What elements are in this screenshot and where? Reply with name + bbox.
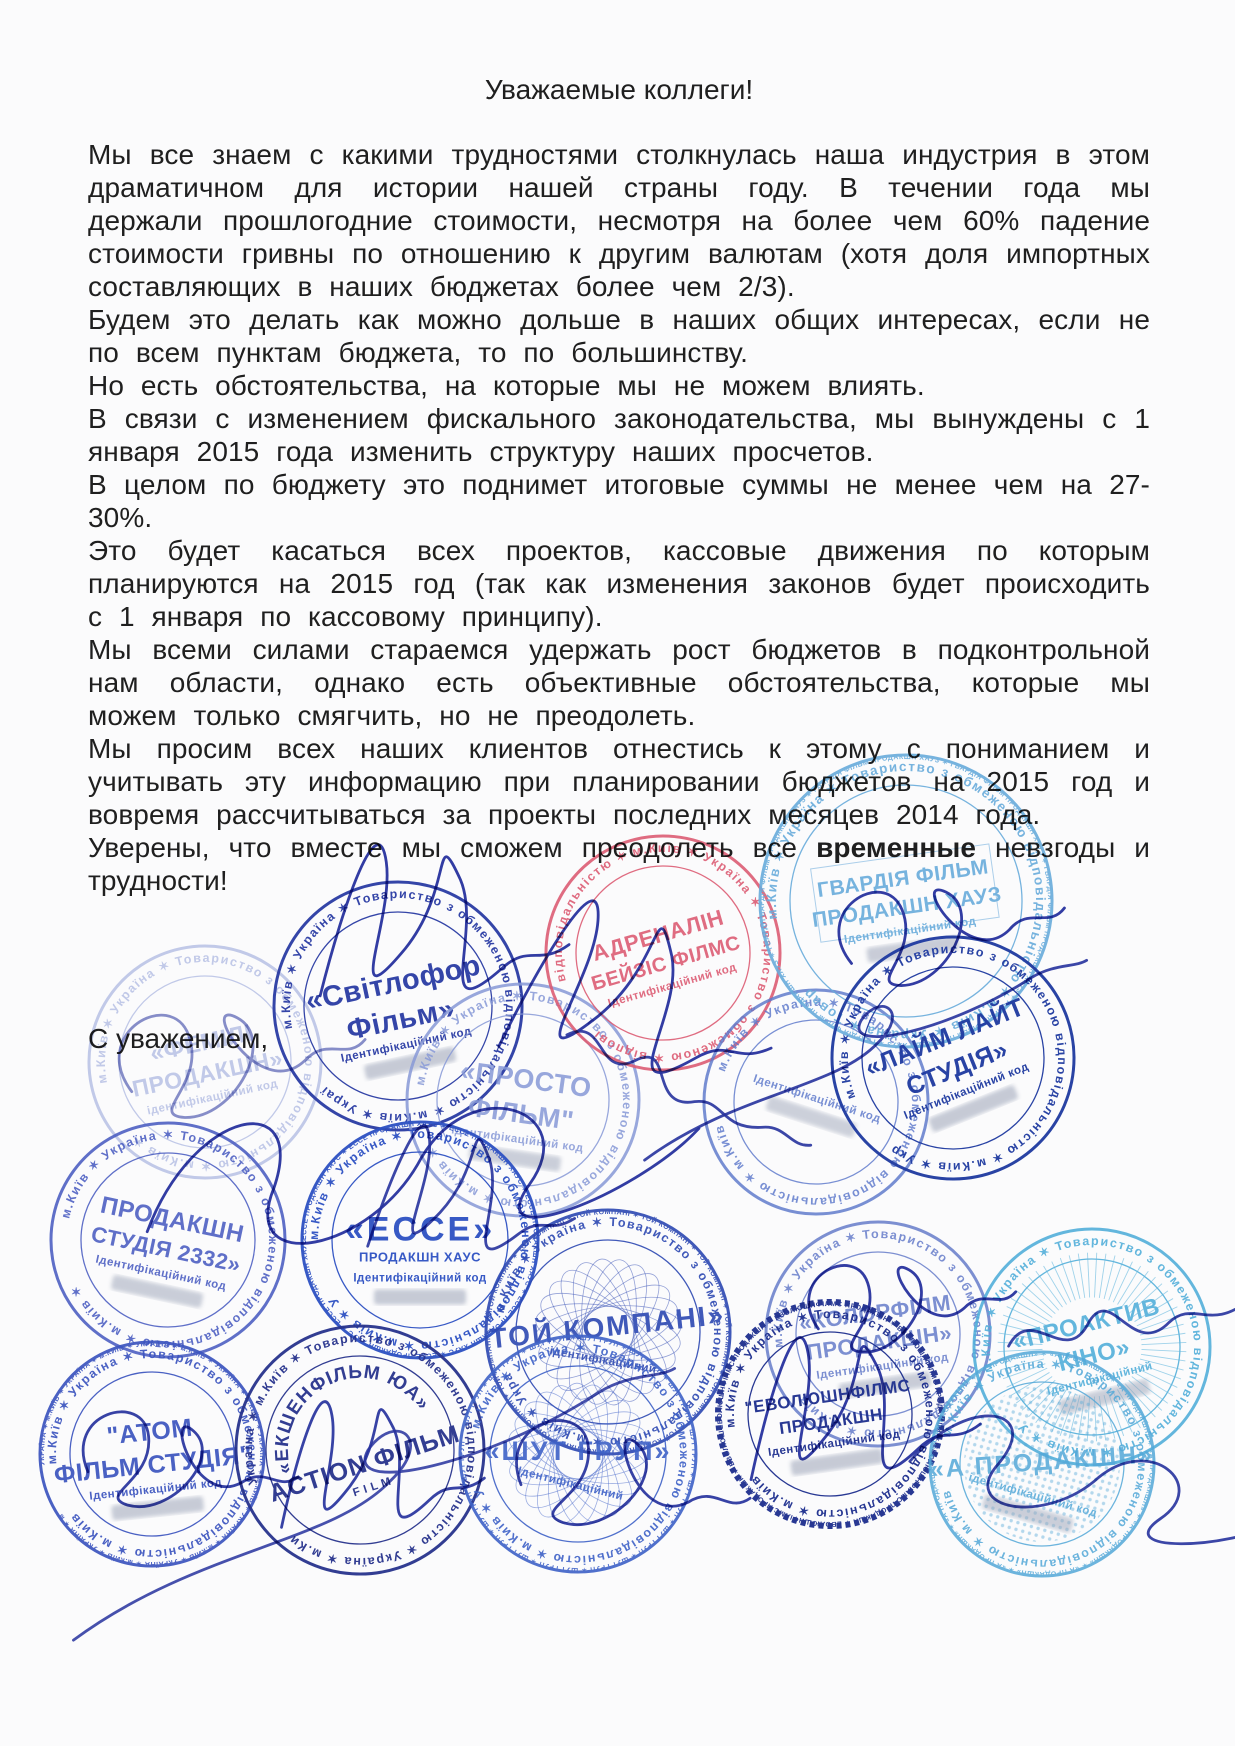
scanned-letter-page: Уважаемые коллеги! Мы все знаем с какими… bbox=[0, 0, 1235, 1746]
signature-stroke bbox=[115, 994, 371, 1124]
signature-stroke bbox=[566, 1012, 811, 1169]
signature bbox=[590, 990, 990, 1150]
signatures-layer bbox=[0, 0, 1235, 1746]
signature-stroke bbox=[320, 840, 577, 1021]
signature bbox=[40, 1470, 440, 1630]
signature-stroke bbox=[905, 1399, 1235, 1570]
signature-stroke bbox=[507, 1414, 758, 1554]
signature bbox=[920, 1400, 1235, 1560]
signature-stroke bbox=[368, 1120, 586, 1281]
